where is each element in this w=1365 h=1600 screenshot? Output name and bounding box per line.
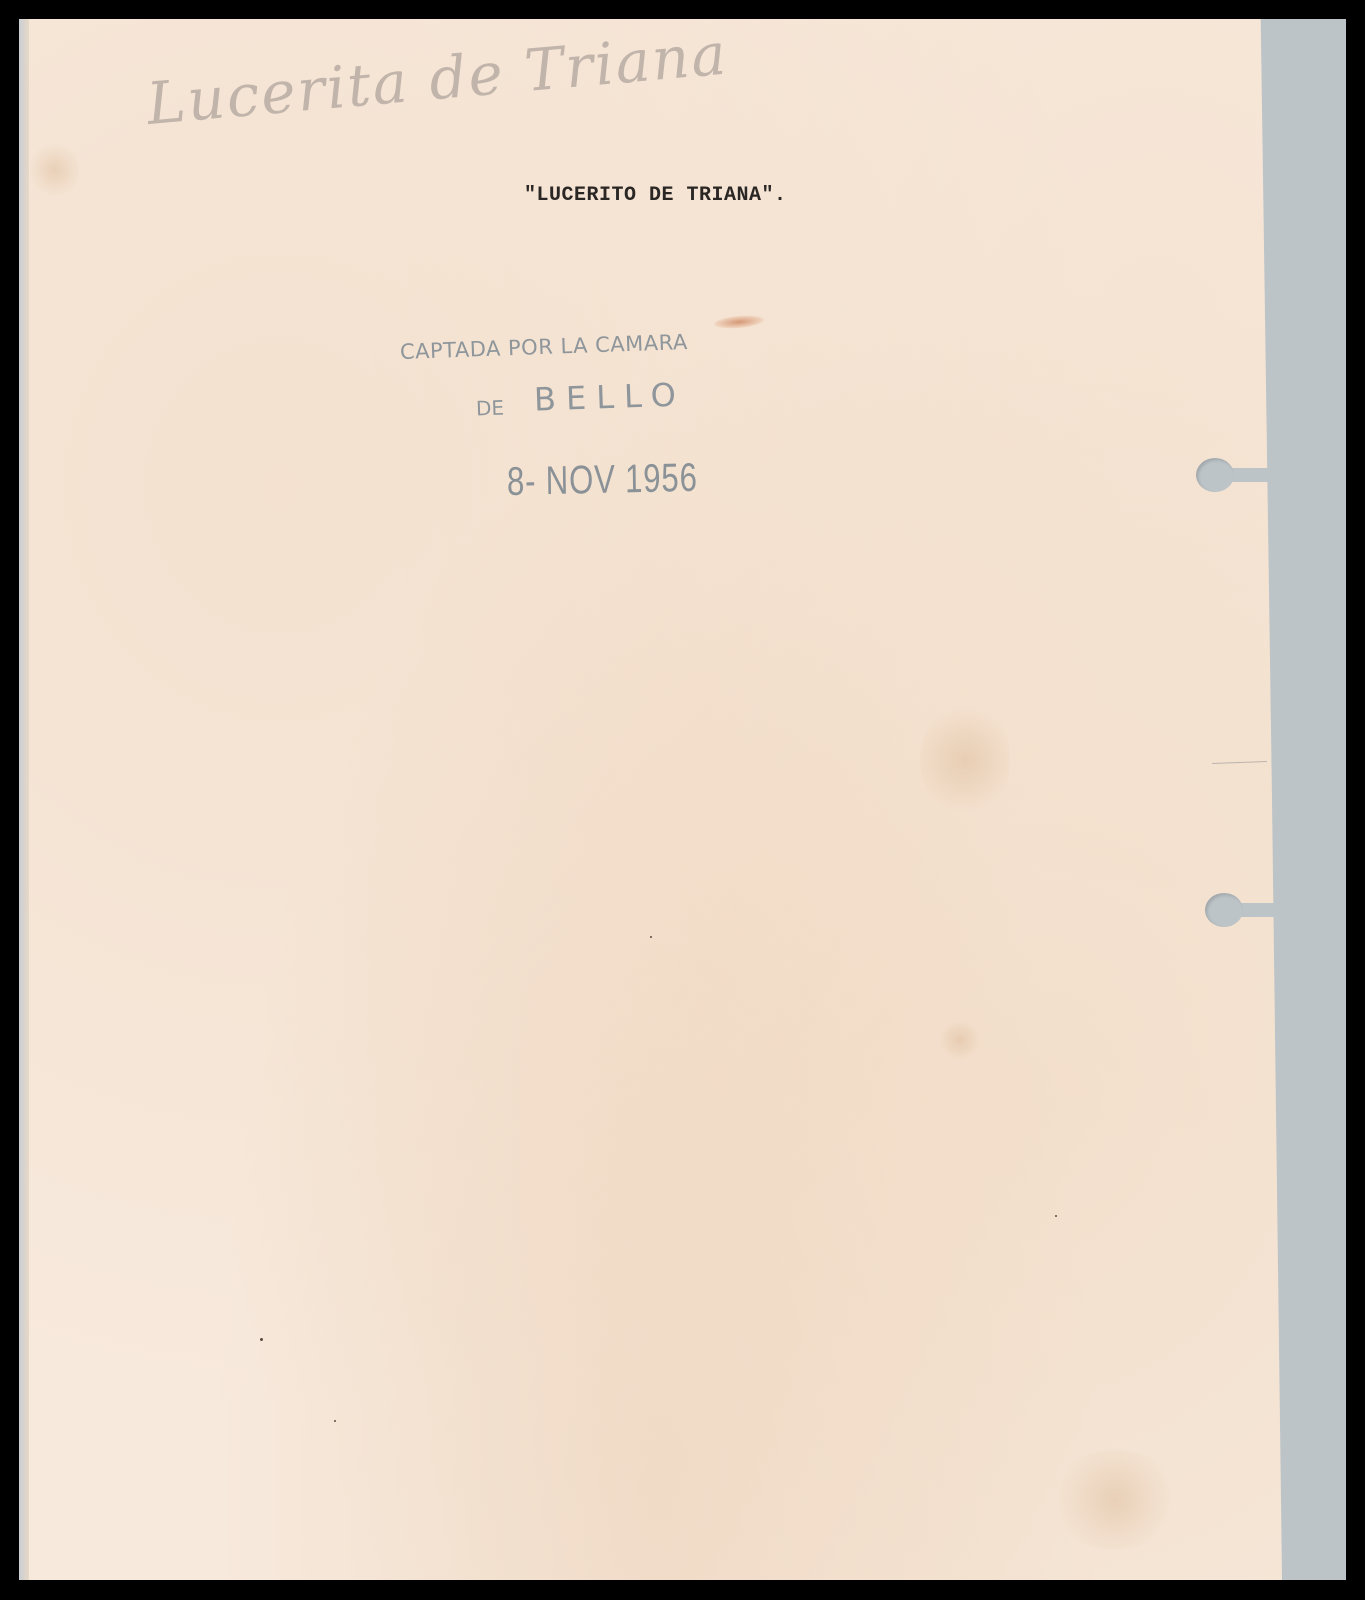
paper-stain — [1050, 1450, 1180, 1550]
stamp-line-de: DE — [476, 396, 505, 421]
date-stamp: 8- NOV 1956 — [507, 456, 698, 505]
paper-page — [29, 19, 1282, 1580]
paper-stain — [920, 700, 1010, 820]
paper-left-edge — [19, 19, 29, 1580]
punch-hole — [1196, 458, 1234, 492]
paper-speck — [334, 1420, 336, 1422]
punch-hole — [1205, 893, 1243, 927]
paper-stain — [940, 1020, 980, 1060]
paper-stain — [30, 140, 80, 200]
stamp-line-bello: BELLO — [533, 375, 686, 418]
paper-speck — [650, 936, 652, 938]
document-title: "LUCERITO DE TRIANA". — [524, 184, 787, 207]
paper-speck — [260, 1338, 263, 1341]
paper-speck — [1055, 1215, 1057, 1217]
